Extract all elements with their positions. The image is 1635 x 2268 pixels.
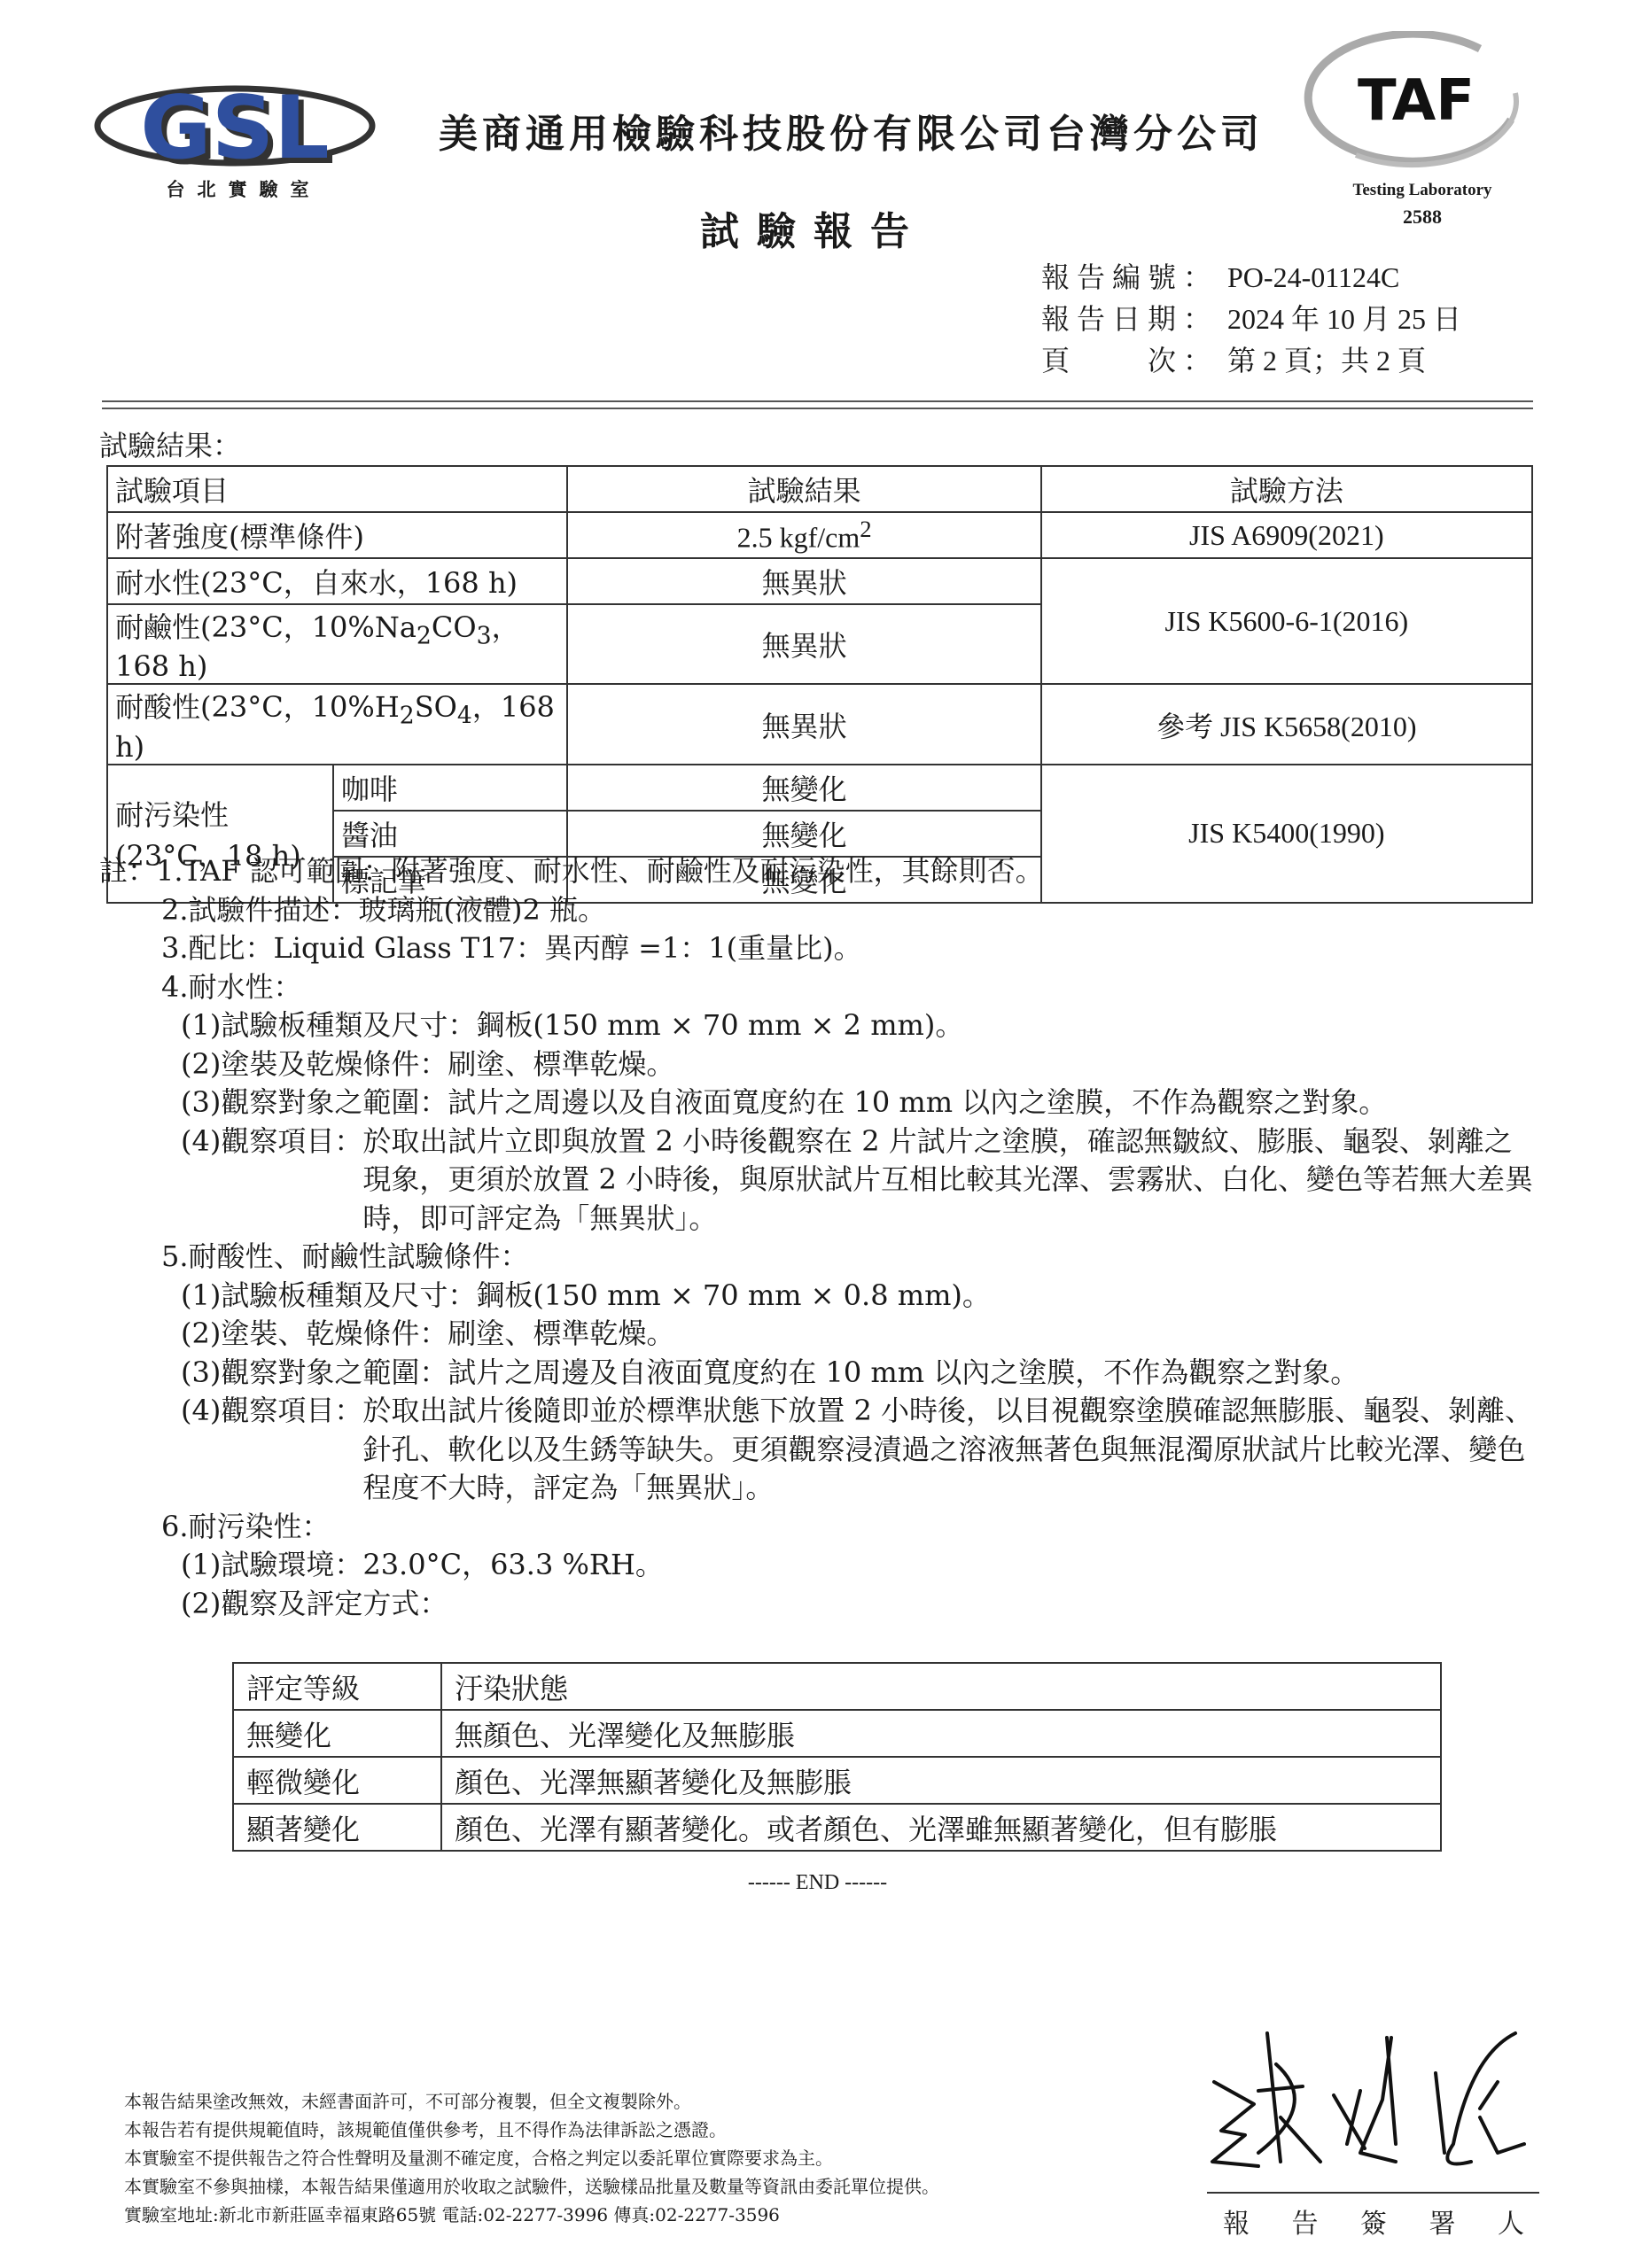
col-header-state: 汙染狀態 [441,1663,1441,1710]
item-cell: 附著強度(標準條件) [107,512,567,558]
item-text: 耐鹼性(23°C，10%Na [115,610,417,644]
note-1: 註：1.TAF 認可範圍：附著強度、耐水性、耐鹼性及耐污染性，其餘則否。 [99,852,1535,891]
item-label: (3)觀察對象之範圍： [181,1084,448,1122]
item-sub: 2 [400,703,415,730]
note-5-item: (4)觀察項目：於取出試片後隨即並於標準狀態下放置 2 小時後，以目視觀察塗膜確… [99,1392,1535,1508]
note-2: 2.試驗件描述：玻璃瓶(液體)2 瓶。 [99,891,1535,930]
note-4-item: (3)觀察對象之範圍：試片之周邊以及自液面寬度約在 10 mm 以內之塗膜，不作… [99,1084,1535,1122]
report-meta: 報告編號： PO-24-01124C 報告日期： 2024 年 10 月 25 … [1041,257,1461,382]
item-text: CO [432,610,477,644]
meta-value: PO-24-01124C [1227,257,1399,299]
meta-report-date: 報告日期： 2024 年 10 月 25 日 [1041,299,1461,340]
svg-text:TAF: TAF [1358,68,1475,134]
result-cell: 無變化 [567,811,1040,857]
footer-line: 本報告結果塗改無效，未經書面許可，不可部分複製，但全文複製除外。 [124,2087,939,2116]
result-cell: 無異狀 [567,558,1040,604]
item-label: (1)試驗板種類及尺寸： [181,1006,476,1045]
note-4-item: (2)塗裝及乾燥條件：刷塗、標準乾燥。 [99,1045,1535,1084]
meta-label: 報告編號： [1041,257,1227,299]
col-header-grade: 評定等級 [233,1663,441,1710]
item-text: 鋼板(150 mm × 70 mm × 2 mm)。 [476,1006,963,1045]
footer-disclaimer: 本報告結果塗改無效，未經書面許可，不可部分複製，但全文複製除外。 本報告若有提供… [124,2087,939,2229]
footer-line: 本實驗室不參與抽樣，本報告結果僅適用於收取之試驗件，送驗樣品批量及數量等資訊由委… [124,2172,939,2201]
meta-report-number: 報告編號： PO-24-01124C [1041,257,1461,299]
table-row: 耐水性(23°C，自來水，168 h) 無異狀 JIS K5600-6-1(20… [107,558,1532,604]
grade-cell: 顯著變化 [233,1804,441,1851]
header-divider [102,400,1533,402]
item-text: SO [415,690,457,724]
method-cell: 參考 JIS K5658(2010) [1041,684,1532,764]
taf-caption-text: Testing Laboratory [1312,177,1533,204]
taf-number: 2588 [1312,204,1533,230]
signatory-char: 人 [1498,2202,1524,2241]
meta-value: 第 2 頁；共 2 頁 [1227,340,1426,382]
taf-caption: Testing Laboratory 2588 [1312,177,1533,230]
table-row: 耐酸性(23°C，10%H2SO4，168 h) 無異狀 參考 JIS K565… [107,684,1532,764]
item-text: 刷塗、標準乾燥。 [448,1045,674,1084]
item-sub: 2 [417,622,432,649]
company-name: 美商通用檢驗科技股份有限公司台灣分公司 [439,102,1264,159]
stain-agent-cell: 咖啡 [333,765,568,811]
signature-line [1207,2192,1539,2194]
table-row: 無變化 無顏色、光澤變化及無膨脹 [233,1710,1441,1757]
taf-logo-icon: TAF [1303,31,1524,173]
table-row: 附著強度(標準條件) 2.5 kgf/cm2 JIS A6909(2021) [107,512,1532,558]
item-label: (2)塗裝及乾燥條件： [181,1045,448,1084]
state-cell: 顏色、光澤無顯著變化及無膨脹 [441,1757,1441,1804]
note-5-title: 5.耐酸性、耐鹼性試驗條件： [99,1238,1535,1277]
signatory-char: 簽 [1360,2202,1387,2241]
stain-agent-cell: 醬油 [333,811,568,857]
svg-text:GSL: GSL [140,78,329,179]
note-4-item: (1)試驗板種類及尺寸：鋼板(150 mm × 70 mm × 2 mm)。 [99,1006,1535,1045]
grade-cell: 無變化 [233,1710,441,1757]
footer-line: 本報告若有提供規範值時，該規範值僅供參考，且不得作為法律訴訟之憑證。 [124,2116,939,2144]
signatory-label: 報 告 簽 署 人 [1223,2202,1524,2241]
note-5-item: (3)觀察對象之範圍：試片之周邊及自液面寬度約在 10 mm 以內之塗膜，不作為… [99,1354,1535,1393]
item-text: 試片之周邊及自液面寬度約在 10 mm 以內之塗膜，不作為觀察之對象。 [448,1354,1359,1393]
item-text: 鋼板(150 mm × 70 mm × 0.8 mm)。 [476,1277,991,1316]
note-6-title: 6.耐污染性： [99,1508,1535,1547]
item-text: 於取出試片立即與放置 2 小時後觀察在 2 片試片之塗膜，確認無皺紋、膨脹、龜裂… [362,1122,1535,1239]
meta-value: 2024 年 10 月 25 日 [1227,299,1461,340]
stain-item-line1: 耐污染性 [115,793,325,834]
col-header-item: 試驗項目 [107,466,567,512]
grade-header-row: 評定等級 汙染狀態 [233,1663,1441,1710]
note-6-method-title: (2)觀察及評定方式： [99,1585,1535,1624]
result-cell: 無異狀 [567,604,1040,684]
table-row: 輕微變化 顏色、光澤無顯著變化及無膨脹 [233,1757,1441,1804]
note-5-item: (2)塗裝、乾燥條件：刷塗、標準乾燥。 [99,1315,1535,1354]
item-label: (4)觀察項目： [181,1122,362,1239]
state-cell: 顏色、光澤有顯著變化。或者顏色、光澤雖無顯著變化，但有膨脹 [441,1804,1441,1851]
note-4-item: (4)觀察項目：於取出試片立即與放置 2 小時後觀察在 2 片試片之塗膜，確認無… [99,1122,1535,1239]
note-5-item: (1)試驗板種類及尺寸：鋼板(150 mm × 70 mm × 0.8 mm)。 [99,1277,1535,1316]
document-title: 試驗報告 [700,199,927,256]
note-6-env: (1)試驗環境：23.0°C，63.3 %RH。 [99,1546,1535,1585]
item-sub: 4 [457,703,472,730]
signatory-char: 報 [1223,2202,1250,2241]
item-text: 試片之周邊以及自液面寬度約在 10 mm 以內之塗膜，不作為觀察之對象。 [448,1084,1387,1122]
results-heading: 試驗結果： [99,423,241,464]
signatory-char: 告 [1292,2202,1319,2241]
item-sub: 3 [477,622,492,649]
item-text: 於取出試片後隨即並於標準狀態下放置 2 小時後，以目視觀察塗膜確認無膨脹、龜裂、… [362,1392,1535,1508]
header-divider [102,408,1533,409]
item-label: (3)觀察對象之範圍： [181,1354,448,1393]
item-text: 刷塗、標準乾燥。 [448,1315,674,1354]
signatory-char: 署 [1429,2202,1456,2241]
item-label: (2)塗裝、乾燥條件： [181,1315,448,1354]
meta-label: 報告日期： [1041,299,1227,340]
result-value: 2.5 kgf/cm [737,522,860,554]
state-cell: 無顏色、光澤變化及無膨脹 [441,1710,1441,1757]
item-cell: 耐水性(23°C，自來水，168 h) [107,558,567,604]
item-label: (1)試驗板種類及尺寸： [181,1277,476,1316]
results-table: 試驗項目 試驗結果 試驗方法 附著強度(標準條件) 2.5 kgf/cm2 JI… [106,465,1533,904]
grade-cell: 輕微變化 [233,1757,441,1804]
grade-table: 評定等級 汙染狀態 無變化 無顏色、光澤變化及無膨脹 輕微變化 顏色、光澤無顯著… [232,1662,1442,1852]
table-row: 顯著變化 顏色、光澤有顯著變化。或者顏色、光澤雖無顯著變化，但有膨脹 [233,1804,1441,1851]
item-cell: 耐酸性(23°C，10%H2SO4，168 h) [107,684,567,764]
table-header-row: 試驗項目 試驗結果 試驗方法 [107,466,1532,512]
meta-page: 頁 次： 第 2 頁；共 2 頁 [1041,340,1461,382]
result-sup: 2 [860,516,871,542]
result-cell: 2.5 kgf/cm2 [567,512,1040,558]
method-cell: JIS K5600-6-1(2016) [1041,558,1532,684]
lab-name: 台北實驗室 [155,175,332,202]
item-text: 耐酸性(23°C，10%H [115,690,400,724]
note-4-title: 4.耐水性： [99,968,1535,1007]
footer-line: 本實驗室不提供報告之符合性聲明及量測不確定度，合格之判定以委託單位實際要求為主。 [124,2144,939,2172]
result-cell: 無變化 [567,765,1040,811]
meta-label: 頁 次： [1041,340,1227,382]
end-marker: ------ END ------ [0,1871,1635,1895]
method-cell: JIS A6909(2021) [1041,512,1532,558]
result-cell: 無異狀 [567,684,1040,764]
signature-icon [1205,2020,1577,2171]
footer-line: 實驗室地址:新北市新莊區幸福東路65號 電話:02-2277-3996 傳真:0… [124,2201,939,2229]
note-text: 1.TAF 認可範圍：附著強度、耐水性、耐鹼性及耐污染性，其餘則否。 [156,854,1044,888]
item-label: (4)觀察項目： [181,1392,362,1508]
item-cell: 耐鹼性(23°C，10%Na2CO3，168 h) [107,604,567,684]
note-3: 3.配比：Liquid Glass T17：異丙醇 =1：1(重量比)。 [99,929,1535,968]
col-header-result: 試驗結果 [567,466,1040,512]
notes-section: 註：1.TAF 認可範圍：附著強度、耐水性、耐鹼性及耐污染性，其餘則否。 2.試… [99,852,1535,1623]
notes-prefix: 註： [99,854,156,888]
col-header-method: 試驗方法 [1041,466,1532,512]
table-row: 耐污染性 (23°C，18 h) 咖啡 無變化 JIS K5400(1990) [107,765,1532,811]
